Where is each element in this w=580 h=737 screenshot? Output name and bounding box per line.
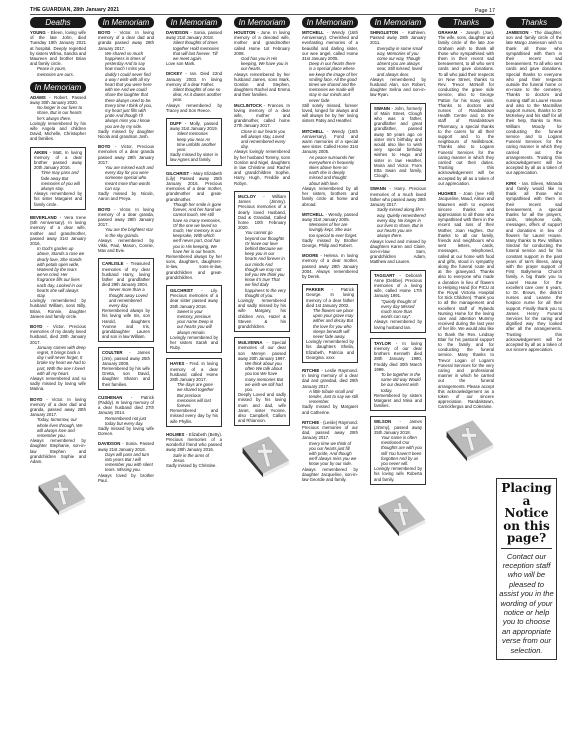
notice-entry: GILCHRIST - Lily. Precious memories of a… [166, 285, 222, 353]
notice-signoff: Always remembered by daughter Jacqueline… [302, 467, 358, 483]
notice-verse: No longer in our lives to share, But in … [30, 105, 86, 121]
notice-verse: Remembered not just today but every day. [98, 416, 154, 426]
notice-verse: To be together in the same old way Would… [374, 372, 422, 393]
notice-text: HUGHES - Joan (nee Hill) Jacqueline, Mau… [438, 191, 494, 410]
notice-signoff: Remembered by his wife Gretta, son David… [102, 366, 150, 387]
section-banner: In Memoriam [166, 17, 222, 28]
notice-signoff: Sadly missed by Nicole, Aaron and Preya. [98, 191, 154, 201]
notice-text: GILCHRIST - Lily. Precious memories of a… [170, 288, 218, 309]
placing-notice-ad: Placing a Notice on this page? Contact o… [496, 478, 557, 660]
notice-body: - Eileen, loving wife of the late John, … [30, 30, 86, 66]
notice-signoff: Love son Mark. [166, 61, 222, 66]
notice-entry: BOYD - Victor. In loving memory of a dea… [98, 207, 154, 254]
notice-verse: The days are gone we shared together But… [170, 382, 218, 408]
notice-verse: Though her smile is gone forever, And he… [166, 202, 222, 254]
notice-body: - Wendy (16th Anniversary). Cherished an… [302, 30, 358, 61]
notice-entry: CARLISLE - Treasured memories of my dear… [98, 258, 154, 342]
section-banner: In Memoriam [234, 17, 290, 28]
notice-entry: AIKEN - Matt. In loving memory of a dear… [30, 147, 86, 210]
notice-entry: BEVERLAND - Vera Irene (5th Anniversary)… [30, 215, 86, 319]
notice-text: DAVIDSON - Sonia, passed away 21st Janua… [166, 30, 222, 40]
notice-text: SWANN - John, formerly of Main Street, C… [374, 106, 422, 179]
notice-entry: CUSHENAN - Patrick (Paddy). In loving me… [98, 395, 154, 437]
notice-text: BOYD - Victor. In loving memory of a dea… [30, 397, 86, 418]
notice-text: HOUSTON - June. In loving memory of a de… [234, 30, 290, 56]
notice-body: - Joan (nee Hill) Jacqueline, Maud, Alis… [438, 191, 494, 409]
column-7: ThanksGRAHAM - Joseph (Joe). The wife, s… [438, 16, 494, 462]
notice-verse: We think about you often We talk about y… [238, 361, 286, 392]
notice-entry: DICKEY - Ian. Died 22nd January 2003. In… [166, 71, 222, 113]
notice-signoff: Remembered always by her sons, daughters… [166, 254, 222, 280]
notice-verse: Silent thoughts of times together Hold m… [166, 40, 222, 61]
notice-text: GILCHRIST - Mary Elizabeth (Lily) Passed… [166, 171, 222, 202]
notice-text: SWANN - Harry. Precious memories of a mu… [370, 186, 426, 207]
notice-verse: Safe in the arms of Jesus. [166, 453, 222, 463]
notice-text: YOUNG - Eileen, loving wife of the late … [30, 30, 86, 66]
notice-entry: ADAMS - Robert. Passed away 30th January… [30, 95, 86, 142]
notice-text: CARLISLE - Treasured memories of my dear… [102, 261, 150, 287]
notice-entry: SWANN - Harry. Precious memories of a mu… [370, 186, 426, 264]
notice-text: KIRK - Ian. Eileen, Miranda and family w… [506, 181, 562, 353]
notice-entry: GRAHAM - Joseph (Joe). The wife, sons, d… [438, 30, 494, 186]
notice-signoff: Always remembered by daughter Stephanie,… [30, 438, 86, 464]
notice-entry: MOORE - Helena. In loving memory of a de… [302, 253, 358, 279]
notice-entry: TAGGART - Deborah Anne (Debbie). Preciou… [370, 270, 426, 333]
notice-text: MITCHELL - Wendy (16th Anniversary). Che… [302, 30, 358, 61]
section-banner: Deaths [30, 17, 86, 28]
notice-signoff: Always remembered and so sadly missed by… [30, 376, 86, 392]
notice-verse: Deep in our hearts there is a special pl… [302, 61, 358, 103]
notice-signoff: Lovingly remembered by her sisters Sarah… [170, 335, 218, 351]
notice-verse: You cannot go beyond our thoughts Or lea… [238, 230, 286, 298]
notice-verse: You are the brightest star in the sky gr… [98, 227, 154, 237]
column-5: In MemoriamMITCHELL - Wendy (16th Annive… [302, 16, 358, 487]
notice-signoff: Always loved and missed by daughters Kar… [370, 239, 426, 265]
notice-text: WILSON - James (Jimmy), passed away 25th… [374, 419, 422, 435]
notice-signoff: Lovingly remembered by his loving wife R… [374, 466, 422, 482]
notice-signoff: Sadly missed by daughter Nicola and gran… [98, 129, 154, 139]
notice-verse: Your name is often mentioned Our thought… [374, 435, 422, 466]
header-rule [30, 14, 495, 15]
publication-title: THE GUARDIAN, 28th January 2021 [30, 7, 119, 13]
notice-verse: As peace surrounds her everywhere in hea… [302, 155, 358, 186]
notice-verse: Everyday in some small way, Memories of … [370, 46, 426, 77]
notice-body: - The daughter, son and family circle of… [506, 30, 562, 175]
notice-verse: In God's garden up above, Stands a rose … [30, 246, 86, 298]
notice-entry: JAMIESON - The daughter, son and family … [506, 30, 562, 176]
notice-signoff: Sadly missed by Margaret and Catherine. [302, 404, 358, 414]
notice-signoff: Lovingly remembered by his daughters She… [306, 339, 354, 360]
notice-signoff: Always remembered by husband Alan, son R… [370, 77, 426, 98]
bible-cross-icon [237, 432, 293, 478]
notice-entry: RITCHIE - (Leslie) Raymond. Precious mem… [302, 420, 358, 482]
notice-text: SHINGLETON - Kathleen. Passed away 28th … [370, 30, 426, 46]
column-1: DeathsYOUNG - Eileen, loving wife of the… [30, 16, 86, 516]
notice-signoff: Lovingly remembered and sadly missed by … [238, 298, 286, 329]
notice-signoff: Always remembered by all her sisters, br… [302, 186, 358, 207]
notice-text: BOYD - Victor. Precious memories of a de… [98, 144, 154, 165]
notice-entry: McCLINTOCK - Frances. In loving memory o… [234, 103, 290, 186]
notice-verse: January comes with deep regret, It bring… [30, 345, 86, 376]
notice-signoff: Sadly missed by sister in law Agnes and … [170, 152, 218, 162]
notice-entry: YOUNG - Eileen, loving wife of the late … [30, 30, 86, 77]
notice-signoff: Always remembered by her husband James, … [234, 72, 290, 98]
notice-entry: COULTER - James (Jim), passed away 25th … [98, 347, 154, 389]
notice-columns: DeathsYOUNG - Eileen, loving wife of the… [0, 16, 580, 737]
ad-divider [501, 548, 552, 549]
notice-signoff: Lovingly remembered by his wife Angela a… [30, 121, 86, 142]
notice-entry: BOYD - Victor. In loving memory of a dea… [98, 30, 154, 139]
notice-body: - Joseph (Joe). The wife, sons, daughter… [438, 30, 494, 186]
notice-signoff: Lovingly remembered by husband William, … [30, 298, 86, 319]
notice-verse: We shared so much happiness in times of … [98, 51, 154, 129]
column-3: In MemoriamDAVIDSON - Sonia, passed away… [166, 16, 222, 473]
notice-entry: DUFF - Molly, passed away 31st January 2… [166, 118, 222, 166]
notice-verse: Sweet is your memory, precious your name… [170, 309, 218, 335]
bible-cross-icon [33, 470, 89, 516]
notice-entry: HUGHES - Joan (nee Hill) Jacqueline, Mau… [438, 191, 494, 410]
notice-text: TAGGART - Deborah Anne (Debbie). Preciou… [374, 273, 422, 299]
notice-entry: BOYD - Victor. In loving memory of a dea… [30, 397, 86, 465]
section-banner: Thanks [506, 17, 562, 28]
section-banner: In Memoriam [98, 17, 154, 28]
notice-entry: PARKER - Patrick George. In loving memor… [302, 284, 358, 363]
notice-entry: MITCHELL - Wendy (16th Anniversary). Fon… [302, 129, 358, 207]
notice-body: - In loving memory of our dear brothers … [374, 341, 422, 372]
notice-signoff: Sadly missed by loving wife Doreen. [98, 426, 154, 436]
section-banner: Thanks [438, 17, 494, 28]
notice-signoff: Sadly missed by Christine. [166, 463, 222, 468]
bible-cross-icon [373, 491, 429, 537]
notice-signoff: Always remembered by Tracey and Son Reec… [166, 103, 222, 113]
notice-verse: Close in our hearts you will always stay… [234, 129, 290, 150]
notice-entry: HOUSTON - June. In loving memory of a de… [234, 30, 290, 98]
notice-body: - John, formerly of Main Street, Clough … [374, 106, 422, 179]
notice-entry: McCLOY - William James (Jimmy). Precious… [234, 191, 290, 332]
notice-entry: MITCHELL - Wendy (16th Anniversary). Che… [302, 30, 358, 124]
notice-signoff: Remembered by sisters Margaret and Mina … [374, 393, 422, 409]
notice-signoff: Always remembered by his sister Margaret… [34, 191, 82, 207]
notice-verse: "Quietly thought of every day Missed muc… [374, 299, 422, 320]
notice-entry: DAVIDSON - Sonia. Passed away 21st Janua… [98, 441, 154, 483]
notice-text: BOYD - Victor. Precious memories of my d… [30, 324, 86, 345]
notice-verse: God has you in His keeping, We have you … [234, 56, 290, 72]
notice-text: RITCHIE - (Leslie) Raymond. Precious mem… [302, 420, 358, 441]
notice-text: DUFF - Molly, passed away 31st January 2… [170, 121, 218, 131]
notice-verse: Today, tomorrow, our whole lives through… [30, 417, 86, 438]
column-4: In MemoriamHOUSTON - June. In loving mem… [234, 16, 290, 478]
section-banner: In Memoriam [370, 17, 426, 28]
notice-entry: RITCHIE - Leslie Raymond. In loving memo… [302, 368, 358, 415]
notice-text: JAMIESON - The daughter, son and family … [506, 30, 562, 176]
notice-verse: The flowers we place upon your grave may… [306, 308, 354, 339]
notice-signoff: Always remembered by Vikki, Paul, Mason,… [98, 238, 154, 254]
notice-text: BOYD - Victor. In loving memory of a dea… [98, 30, 154, 51]
column-2: In MemoriamBOYD - Victor. In loving memo… [98, 16, 154, 488]
notice-entry: WILSON - James (Jimmy), passed away 25th… [370, 416, 426, 484]
notice-entry: MITCHELL - Wendy, passed away 31st Janua… [302, 212, 358, 248]
notice-verse: Days will pass and turn into years But I… [98, 452, 154, 473]
notice-text: McCLOY - William James (Jimmy). Precious… [238, 194, 286, 230]
placing-notice-body: Contact our reception staff who will be … [499, 552, 554, 655]
notice-verse: A little tribute small and tender, Just … [302, 389, 358, 405]
notice-verse: Time may pass and fade away But memories… [34, 170, 82, 191]
notice-verse: Peace is yours, memories are ours. [30, 66, 86, 76]
notice-entry: KIRK - Ian. Eileen, Miranda and family w… [506, 181, 562, 353]
notice-entry: HAYES - Fred. In loving memory of a dear… [166, 358, 222, 426]
notice-verse: Silent memories keep you near As time un… [170, 131, 218, 152]
notice-text: HAYES - Fred. In loving memory of a dear… [170, 361, 218, 382]
notice-text: BEVERLAND - Vera Irene (5th Anniversary)… [30, 215, 86, 246]
notice-text: GRAHAM - Joseph (Joe). The wife, sons, d… [438, 30, 494, 186]
notice-verse: Sadly missed along life's way, Quietly r… [370, 207, 426, 238]
notice-verse: You are missed each and every day for yo… [98, 165, 154, 191]
notice-body: - William James (Jimmy). Precious memori… [238, 194, 286, 230]
notice-signoff: Sadly missed by Brother George, Philip a… [302, 238, 358, 248]
notice-text: ADAMS - Robert. Passed away 30th January… [30, 95, 86, 105]
notice-text: MOORE - Helena. In loving memory of a de… [302, 253, 358, 279]
notice-verse: Memories of her are lovingly kept, She w… [302, 222, 358, 238]
notice-text: PARKER - Patrick George. In loving memor… [306, 287, 354, 308]
notice-signoff: Always lovingly remembered by her husban… [234, 149, 290, 185]
notice-text: MITCHELL - Wendy (16th Anniversary). Fon… [302, 129, 358, 155]
notice-entry: SHINGLETON - Kathleen. Passed away 28th … [370, 30, 426, 98]
notice-text: DICKEY - Ian. Died 22nd January 2003. In… [166, 71, 222, 87]
notice-body: - Mary Elizabeth (Lily) Passed away 25th… [166, 171, 222, 202]
notice-entry: McILVENNA - Special memories of our dear… [234, 337, 290, 426]
notice-text: BOYD - Victor. In loving memory of a dea… [98, 207, 154, 228]
notice-body: - Vera Irene (5th Anniversary). In lovin… [30, 215, 86, 246]
notice-entry: BOYD - Victor. Precious memories of a de… [98, 144, 154, 201]
page-header: THE GUARDIAN, 28th January 2021 Page 17 [0, 0, 580, 16]
notice-text: McILVENNA - Special memories of our dear… [238, 340, 286, 361]
notice-verse: Silent thoughts of one so dear, As it da… [166, 87, 222, 103]
notice-text: McCLINTOCK - Frances. In loving memory o… [234, 103, 290, 129]
notice-body: - Ian. Eileen, Miranda and family would … [506, 181, 562, 353]
column-8: ThanksJAMIESON - The daughter, son and f… [506, 16, 562, 357]
placing-notice-headline: Placing a Notice on this page? [499, 482, 554, 545]
notice-entry: BOYD - Victor. Precious memories of my d… [30, 324, 86, 392]
notice-verse: Every time we think of you our hearts ju… [302, 441, 358, 467]
notice-verse: Never more than a thought away Loved and… [102, 287, 150, 308]
notice-entry: HOLMES - Elizabeth (Betty). Precious mem… [166, 432, 222, 468]
notice-text: CUSHENAN - Patrick (Paddy). In loving me… [98, 395, 154, 416]
notice-entry: DAVIDSON - Sonia, passed away 21st Janua… [166, 30, 222, 66]
notice-text: AIKEN - Matt. In loving memory of a dear… [34, 150, 82, 171]
notice-signoff: Deeply Loved and sadly missed by his lov… [238, 392, 286, 423]
notice-entry: TAYLOR - In loving memory of our dear br… [370, 338, 426, 412]
bible-cross-icon [441, 416, 497, 462]
column-6: In MemoriamSHINGLETON - Kathleen. Passed… [370, 16, 426, 537]
section-banner: In Memoriam [302, 17, 358, 28]
notice-text: MITCHELL - Wendy, passed away 31st Janua… [302, 212, 358, 222]
notice-signoff: Remembered and missed every day by his w… [170, 408, 218, 424]
notice-signoff: Remembered always by his loving wife Iri… [102, 308, 150, 339]
notice-signoff: Always loved by brother Paul. [98, 473, 154, 483]
notice-entry: GILCHRIST - Mary Elizabeth (Lily) Passed… [166, 171, 222, 280]
section-banner: In Memoriam [30, 82, 86, 93]
notice-text: TAYLOR - In loving memory of our dear br… [374, 341, 422, 372]
notice-signoff: Still sorely missed, forever loved, long… [302, 103, 358, 124]
notice-text: RITCHIE - Leslie Raymond. In loving memo… [302, 368, 358, 389]
notice-text: HOLMES - Elizabeth (Betty). Precious mem… [166, 432, 222, 453]
notice-entry: SWANN - John, formerly of Main Street, C… [370, 103, 426, 182]
notice-text: COULTER - James (Jim), passed away 25th … [102, 350, 150, 366]
notice-text: DAVIDSON - Sonia. Passed away 21st Janua… [98, 441, 154, 451]
notice-signoff: Always remembered by loving husband Ian. [374, 319, 422, 329]
